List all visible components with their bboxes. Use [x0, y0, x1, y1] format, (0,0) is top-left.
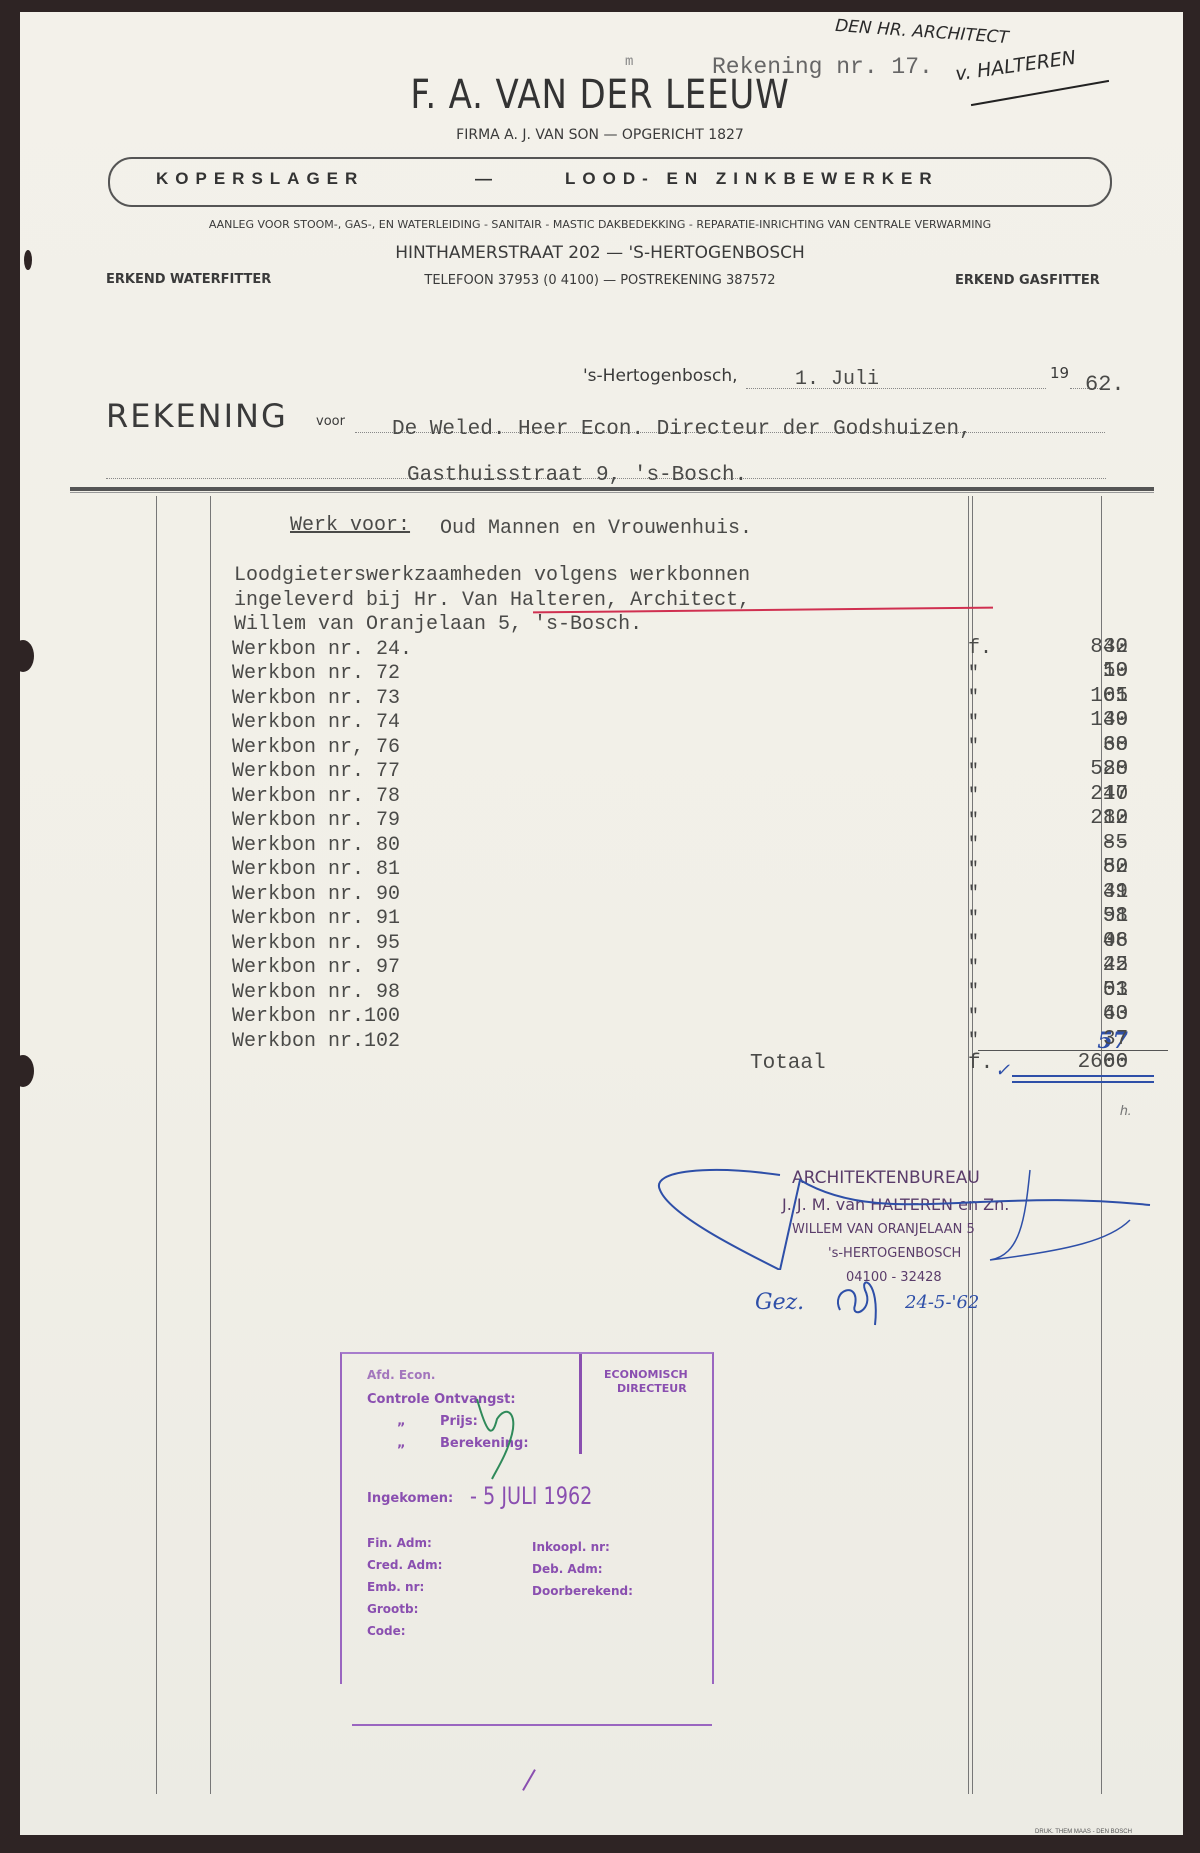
line-item-label: Werkbon nr. 77: [232, 760, 400, 783]
firm-line: FIRMA A. J. VAN SON — OPGERICHT 1827: [0, 127, 1200, 143]
line-item-label: Werkbon nr, 76: [232, 736, 400, 759]
line-item-label: Werkbon nr. 79: [232, 809, 400, 832]
line-item-label: Werkbon nr. 98: [232, 981, 400, 1004]
amount-dec: 37: [1103, 1028, 1163, 1051]
badge-gasfitter: ERKEND GASFITTER: [955, 273, 1100, 288]
stamp-grootb: Grootb:: [367, 1602, 418, 1616]
services-line: AANLEG VOOR STOOM-, GAS-, EN WATERLEIDIN…: [0, 218, 1200, 231]
ditto-mark: ": [968, 835, 979, 855]
date-century: 19: [1050, 364, 1069, 382]
total-dec: 60: [1103, 1051, 1163, 1074]
amount-dec: --: [1103, 832, 1163, 855]
trade-left: KOPERSLAGER: [156, 169, 364, 189]
amount-dec: 32: [1103, 636, 1163, 659]
amount-dec: 80: [1103, 807, 1163, 830]
mark-glyph: m: [625, 54, 633, 70]
currency-symbol: f.: [968, 637, 992, 660]
stamp-doorberekend: Doorberekend:: [532, 1584, 633, 1598]
trade-banner: KOPERSLAGER — LOOD- EN ZINKBEWERKER: [108, 157, 1112, 207]
ditto-mark: ": [968, 884, 979, 904]
column-line: [156, 496, 157, 1794]
punch-hole-bottom: [12, 1055, 34, 1087]
amount-dec: 65: [1103, 685, 1163, 708]
total-currency: f.: [968, 1052, 993, 1075]
amount-dec: 50: [1103, 660, 1163, 683]
line-item-label: Werkbon nr. 90: [232, 883, 400, 906]
stamp-inkoopl-nr: Inkoopl. nr:: [532, 1540, 610, 1554]
ditto-mark: ": [968, 860, 979, 880]
company-name: F. A. VAN DER LEEUW: [90, 72, 1110, 118]
amount-dec: 41: [1103, 881, 1163, 904]
rekening-label: REKENING: [106, 397, 288, 435]
ditto-mark: ": [968, 762, 979, 782]
ditto-mark: ": [968, 933, 979, 953]
recipient-line2: Gasthuisstraat 9, 's-Bosch.: [407, 464, 747, 487]
line-item-label: Werkbon nr. 24.: [232, 638, 412, 661]
amount-dec: 06: [1103, 930, 1163, 953]
total-double-underline: [1012, 1081, 1154, 1083]
receipt-stamp: Afd. Econ. Controle Ontvangst: „ Prijs: …: [340, 1352, 714, 1684]
line-item-label: Werkbon nr. 95: [232, 932, 400, 955]
stamp-received-label: Ingekomen:: [367, 1491, 453, 1506]
ditto-mark: ": [968, 713, 979, 733]
stamp-title-line1: ECONOMISCH: [604, 1368, 688, 1381]
amount-dec: 03: [1103, 979, 1163, 1002]
column-line: [210, 496, 211, 1794]
amount-dec: 80: [1103, 758, 1163, 781]
signature-scribble: [650, 1160, 1190, 1270]
badge-waterfitter: ERKEND WATERFITTER: [106, 272, 271, 287]
line-item-label: Werkbon nr. 73: [232, 687, 400, 710]
printer-imprint: DRUK. THEM MAAS - DEN BOSCH: [1035, 1829, 1132, 1835]
description-line: Willem van Oranjelaan 5, 's-Bosch.: [234, 613, 642, 636]
line-item-label: Werkbon nr.102: [232, 1030, 400, 1053]
line-item-label: Werkbon nr. 80: [232, 834, 400, 857]
amount-dec: 40: [1103, 783, 1163, 806]
stamp-code: Code:: [367, 1624, 406, 1638]
voor-label: voor: [316, 414, 345, 429]
line-item-label: Werkbon nr. 97: [232, 956, 400, 979]
ditto-mark: ": [968, 958, 979, 978]
margin-initial: h.: [1120, 1102, 1132, 1118]
line-item-label: Werkbon nr. 81: [232, 858, 400, 881]
ditto-mark: ": [968, 786, 979, 806]
trade-right: LOOD- EN ZINKBEWERKER: [565, 169, 939, 189]
amount-dec: 50: [1103, 856, 1163, 879]
stamp-dept: Afd. Econ.: [367, 1368, 436, 1382]
ditto-mark: ": [968, 1007, 979, 1027]
date-year: 62.: [1085, 372, 1125, 397]
stamp-fin-adm: Fin. Adm:: [367, 1536, 432, 1550]
ditto-mark: ": [968, 664, 979, 684]
ditto-mark: ": [968, 688, 979, 708]
date-day-month: 1. Juli: [795, 368, 879, 391]
line-item-label: Werkbon nr. 91: [232, 907, 400, 930]
total-label: Totaal: [750, 1052, 826, 1075]
stamp-received-date: - 5 JULI 1962: [470, 1482, 592, 1510]
stamp-cred-adm: Cred. Adm:: [367, 1558, 442, 1572]
stamp-bottom-line: [352, 1724, 712, 1726]
header-rule: [70, 487, 1154, 491]
total-double-underline: [1012, 1075, 1154, 1077]
description-line: ingeleverd bij Hr. Van Halteren, Archite…: [234, 589, 750, 612]
line-item-label: Werkbon nr. 72: [232, 662, 400, 685]
amount-dec: 91: [1103, 905, 1163, 928]
amount-dec: 40: [1103, 1003, 1163, 1026]
approval-initials: [830, 1270, 890, 1330]
work-for-value: Oud Mannen en Vrouwenhuis.: [440, 517, 752, 540]
trade-dash: —: [475, 169, 499, 189]
green-initial: [472, 1394, 522, 1484]
ditto-mark: ": [968, 982, 979, 1002]
line-item-label: Werkbon nr. 74: [232, 711, 400, 734]
stamp-ditto: „: [397, 1436, 406, 1451]
stamp-deb-adm: Deb. Adm:: [532, 1562, 603, 1576]
ditto-mark: ": [968, 737, 979, 757]
approval-date: 24-5-'62: [905, 1292, 979, 1313]
description-line: Loodgieterswerkzaamheden volgens werkbon…: [234, 564, 750, 587]
header-rule-thin: [70, 492, 1154, 493]
ditto-mark: ": [968, 811, 979, 831]
amount-dec: 60: [1103, 734, 1163, 757]
stamp-ditto: „: [397, 1414, 406, 1429]
date-place: 's-Hertogenbosch,: [583, 366, 738, 386]
company-address: HINTHAMERSTRAAT 202 — 'S-HERTOGENBOSCH: [0, 243, 1200, 263]
line-item-label: Werkbon nr. 78: [232, 785, 400, 808]
approval-handwriting: Gez.: [755, 1290, 804, 1315]
work-for-label: Werk voor:: [290, 514, 410, 537]
stamp-title-line2: DIRECTEUR: [617, 1382, 687, 1395]
ditto-mark: ": [968, 1031, 979, 1051]
punch-hole-top: [12, 640, 34, 672]
line-item-label: Werkbon nr.100: [232, 1005, 400, 1028]
stamp-divider: [579, 1354, 582, 1454]
amount-dec: 40: [1103, 709, 1163, 732]
recipient-line1: De Weled. Heer Econ. Directeur der Godsh…: [392, 418, 972, 441]
ditto-mark: ": [968, 909, 979, 929]
amount-dec: 45: [1103, 954, 1163, 977]
stamp-emb-nr: Emb. nr:: [367, 1580, 424, 1594]
date-dotline: [746, 388, 1046, 389]
